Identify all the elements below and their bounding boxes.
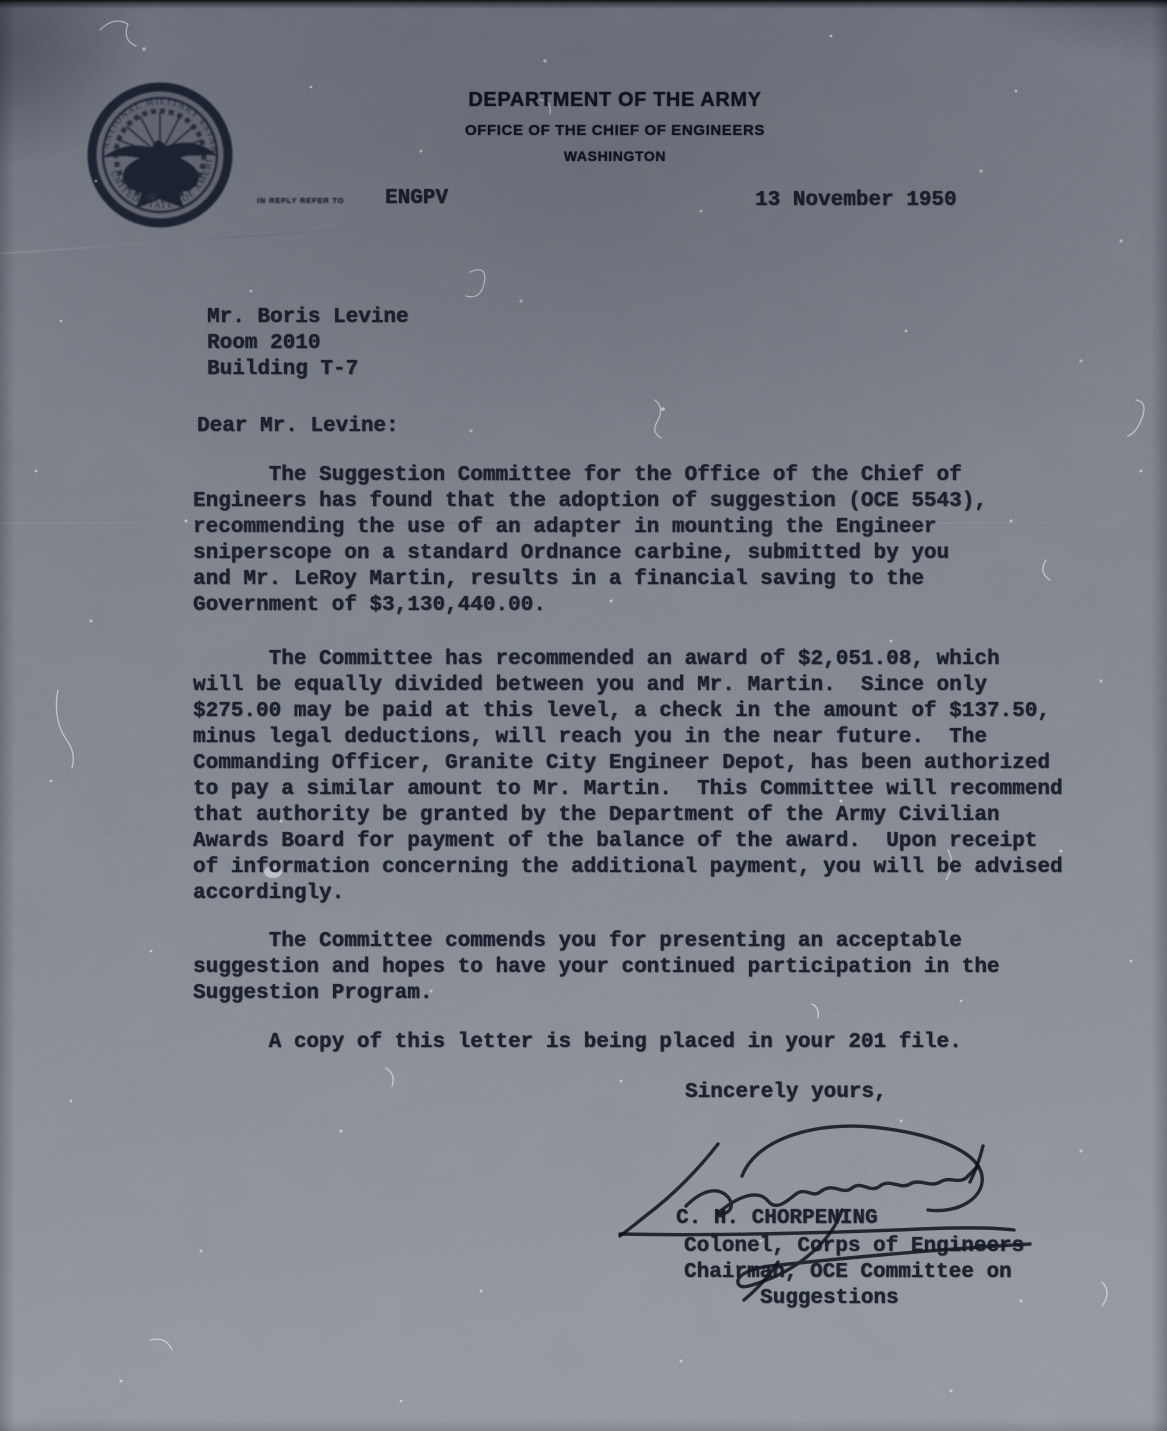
scanned-letter-page: NATIONAL MILITARY ESTABLISHMENT UNITED S… [0, 0, 1167, 1431]
body-paragraph-1: The Suggestion Committee for the Office … [193, 463, 1113, 619]
reply-refer-label: IN REPLY REFER TO [257, 196, 344, 205]
signer-title-role-line1: Chairman, OCE Committee on [684, 1260, 1012, 1286]
army-seal: NATIONAL MILITARY ESTABLISHMENT UNITED S… [84, 76, 236, 232]
signer-title-rank: Colonel, Corps of Engineers [684, 1234, 1024, 1260]
letter-date: 13 November 1950 [755, 188, 957, 214]
paper-crease [0, 522, 1167, 524]
signer-title-role-line2: Suggestions [760, 1286, 899, 1312]
body-paragraph-3: The Committee commends you for presentin… [193, 929, 1123, 1007]
body-paragraph-2: The Committee has recommended an award o… [193, 647, 1123, 907]
recipient-name: Mr. Boris Levine [207, 305, 409, 331]
letterhead-office: OFFICE OF THE CHIEF OF ENGINEERS [312, 122, 918, 139]
salutation: Dear Mr. Levine: [197, 414, 399, 440]
recipient-building: Building T-7 [207, 357, 358, 383]
file-reference-code: ENGPV [385, 186, 448, 212]
letterhead-city: WASHINGTON [312, 148, 918, 164]
body-paragraph-4: A copy of this letter is being placed in… [193, 1030, 1123, 1056]
valediction: Sincerely yours, [685, 1080, 887, 1106]
dust-specks [0, 0, 2, 2]
signer-name: C. H. CHORPENING [676, 1206, 878, 1232]
letterhead-department: DEPARTMENT OF THE ARMY [312, 89, 918, 112]
recipient-room: Room 2010 [207, 331, 320, 357]
